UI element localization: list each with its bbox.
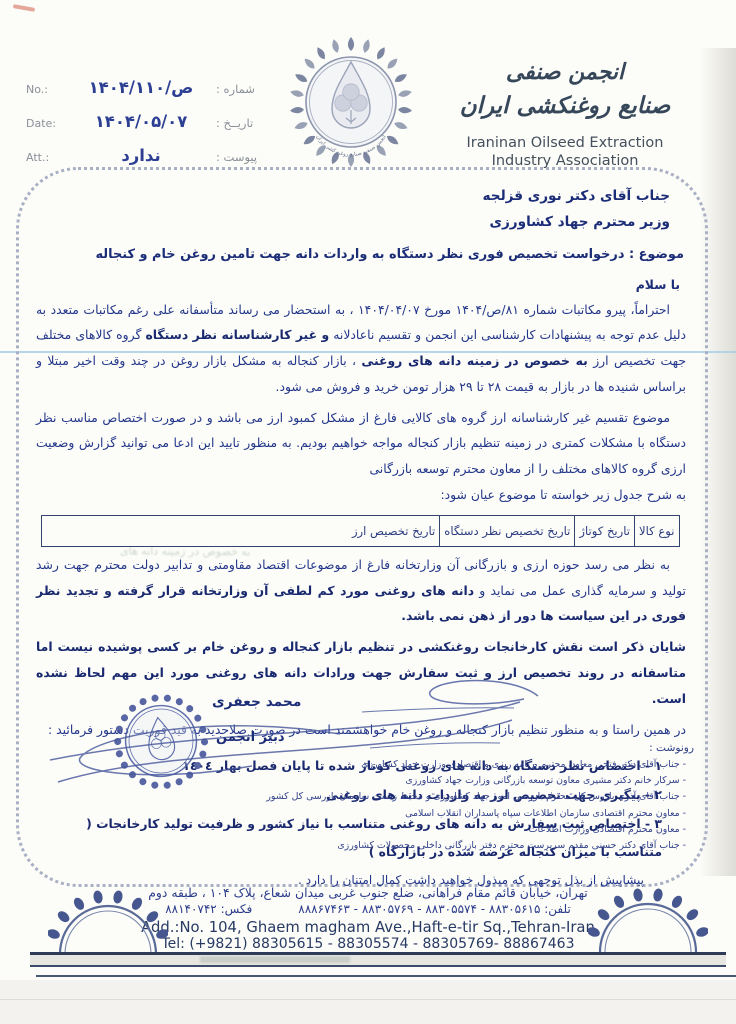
meta-row-date: Date: ۱۴۰۴/۰۵/۰۷ تاریــخ : <box>26 112 272 131</box>
bottom-smudge <box>200 956 350 963</box>
table-header-cell: نوع کالا <box>634 516 678 546</box>
footer-phones-fa: تلفن: ۸۸۳۰۵۶۱۵ - ۸۸۳۰۵۵۷۴ - ۸۸۳۰۵۷۶۹ - ۸… <box>298 902 571 916</box>
addressee-title: وزیر محترم جهاد کشاورزی <box>36 212 670 234</box>
addressee-name: جناب آقای دکتر نوری قزلجه <box>36 186 670 208</box>
currency-table: نوع کالاتاریخ کوتاژتاریخ تخصیص نظر دستگا… <box>41 515 680 547</box>
table-header-cell: تاریخ کوتاژ <box>574 516 634 546</box>
org-name-fa-line2: صنایع روغنکشی ایران <box>418 89 712 124</box>
cc-item: - سرکار خانم دکتر مشیری معاون توسعه بازر… <box>94 773 694 789</box>
p2-text-b: به شرح جدول زیر خواسته تا موضوع عیان شود… <box>440 487 686 502</box>
label-date-fa: تاریــخ : <box>216 116 272 130</box>
letter-date-value: ۱۴۰۴/۰۵/۰۷ <box>66 112 216 131</box>
paragraph-2-tail: به شرح جدول زیر خواسته تا موضوع عیان شود… <box>36 482 686 508</box>
label-att-fa: پیوست : <box>216 150 272 164</box>
org-name-fa: انجمن صنفی صنایع روغنکشی ایران <box>418 56 712 124</box>
paragraph-2: موضوع تقسیم غیر کارشناسانه ارز گروه های … <box>36 405 686 482</box>
association-logo-icon: انجمن صنفی صنایع روغن کشی ایران <box>286 32 416 180</box>
paragraph-3: به نظر می رسد حوزه ارزی و بازرگانی آن وز… <box>36 552 686 629</box>
label-no-en: No.: <box>26 83 66 96</box>
label-no-fa: شماره : <box>216 82 272 96</box>
table-header-cell: تاریخ تخصیص ارز <box>348 516 439 546</box>
scanned-letter-page: به خصوص در زمینه دانه های No.: ۱۴۰۴/ص/۱۱… <box>0 0 736 1024</box>
label-date-en: Date: <box>26 117 66 130</box>
page-bottom-rule <box>30 952 726 967</box>
subject-line: موضوع : درخواست تخصیص فوری نظر دستگاه به… <box>36 247 684 262</box>
scan-red-mark <box>13 4 35 12</box>
p1-text-b-bold: و غیر کارشناسانه نظر دستگاه <box>145 327 329 342</box>
meta-row-number: No.: ۱۴۰۴/ص/۱۱۰ شماره : <box>26 78 272 97</box>
corner-ornament-left-icon <box>48 852 168 958</box>
cc-item: - جناب آقای دکتر فتحی معاون محترم برنامه… <box>94 757 694 773</box>
p2-text-a: موضوع تقسیم غیر کارشناسانه ارز گروه های … <box>36 410 686 477</box>
org-name-fa-line1: انجمن صنفی <box>418 56 712 89</box>
paragraph-1: احتراماً، پیرو مکاتبات شماره ۸۱/ص/۱۴۰۴ م… <box>36 297 686 400</box>
salutation: با سلام <box>36 277 680 292</box>
footer-fax-fa: فکس: ۸۸۱۴۰۷۴۲ <box>165 902 252 916</box>
scan-edge-line <box>0 999 736 1000</box>
corner-ornament-right-icon <box>588 850 708 956</box>
letterhead-meta: No.: ۱۴۰۴/ص/۱۱۰ شماره : Date: ۱۴۰۴/۰۵/۰۷… <box>26 78 272 165</box>
org-header: انجمن صنفی صنایع روغنکشی ایران Iraninan … <box>418 56 712 170</box>
label-att-en: Att.: <box>26 151 66 164</box>
org-name-en-line1: Iraninan Oilseed Extraction <box>418 134 712 152</box>
letter-number-value: ۱۴۰۴/ص/۱۱۰ <box>66 78 216 97</box>
cc-item: - معاون محترم اقتصادی سازمان اطلاعات سپا… <box>94 806 694 822</box>
table-header-cell: تاریخ تخصیص نظر دستگاه <box>439 516 574 546</box>
cc-label: رونوشت : <box>94 742 694 754</box>
cc-item: - معاون محترم اقتصادی وزارت اطلاعات <box>94 822 694 838</box>
cc-item: - جناب آقای آذری بازرس کل محترم بازرسی ا… <box>94 789 694 805</box>
cc-block: رونوشت : - جناب آقای دکتر فتحی معاون محت… <box>94 742 694 854</box>
page-bottom-rule-2 <box>36 975 736 977</box>
letter-attachment-value: ندارد <box>66 146 216 165</box>
meta-row-attachment: Att.: ندارد پیوست : <box>26 146 272 165</box>
scan-edge-area <box>0 980 736 1024</box>
cc-list: - جناب آقای دکتر فتحی معاون محترم برنامه… <box>94 757 694 854</box>
org-name-en: Iraninan Oilseed Extraction Industry Ass… <box>418 134 712 170</box>
p1-text-d-bold: به خصوص در زمینه دانه های روغنی <box>361 353 587 368</box>
signatory-name: محمد جعفری <box>212 694 301 710</box>
